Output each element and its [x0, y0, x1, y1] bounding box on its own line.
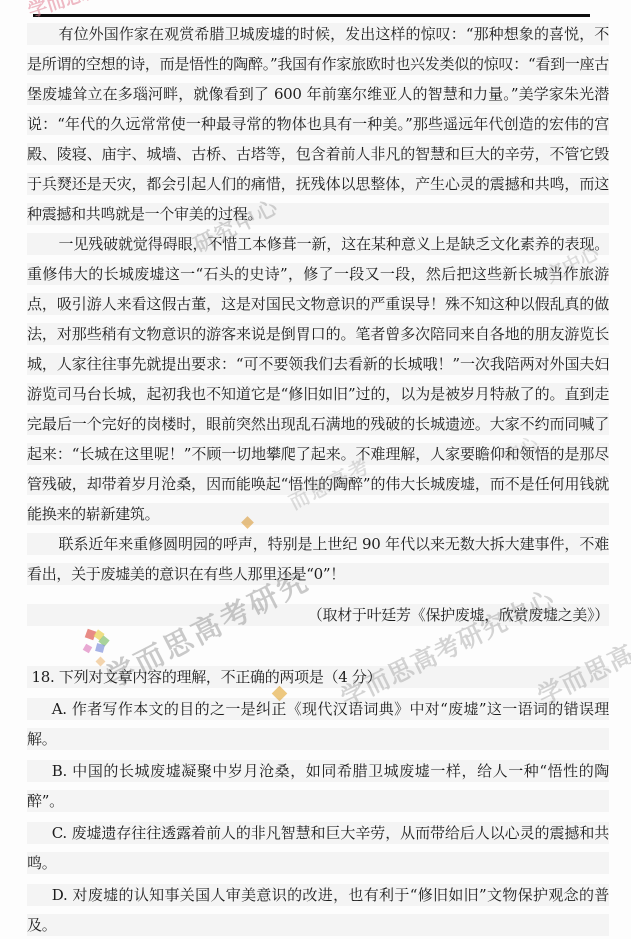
question-18-option-a: A. 作者写作本文的目的之一是纠正《现代汉语词典》中对“废墟”这一语词的错误理解… — [27, 694, 609, 754]
paragraph-2: 一见残破就觉得碍眼，不惜工本修葺一新，这在某种意义上是缺乏文化素养的表现。重修伟… — [27, 229, 609, 529]
question-18-option-d: D. 对废墟的认知事关国人审美意识的改进，也有利于“修旧如旧”文物保护观念的普及… — [27, 880, 609, 939]
paragraph-1: 有位外国作家在观赏希腊卫城废墟的时候，发出这样的惊叹：“那种想象的喜悦，不是所谓… — [27, 19, 609, 229]
source-attribution: （取材于叶廷芳《保护废墟，欣赏废墟之美》） — [27, 600, 609, 630]
question-18-stem: 18. 下列对文章内容的理解，不正确的两项是（4 分） — [27, 662, 609, 692]
article-body: 有位外国作家在观赏希腊卫城废墟的时候，发出这样的惊叹：“那种想象的喜悦，不是所谓… — [27, 19, 609, 939]
question-18-option-b: B. 中国的长城废墟凝聚中岁月沧桑，如同希腊卫城废墟一样，给人一种“悟性的陶醉”… — [27, 756, 609, 816]
scanned-exam-page: 学而思高考 研究中心 究中心 中心 而思高考 学而思高考研究 学而思高考研究中心… — [0, 0, 631, 939]
paragraph-3: 联系近年来重修圆明园的呼声，特别是上世纪 90 年代以来无数大拆大建事件，不难看… — [27, 529, 609, 589]
question-18-option-c: C. 废墟遗存往往透露着前人的非凡智慧和巨大辛劳，从而带给后人以心灵的震撼和共鸣… — [27, 818, 609, 878]
top-rule — [33, 14, 590, 17]
